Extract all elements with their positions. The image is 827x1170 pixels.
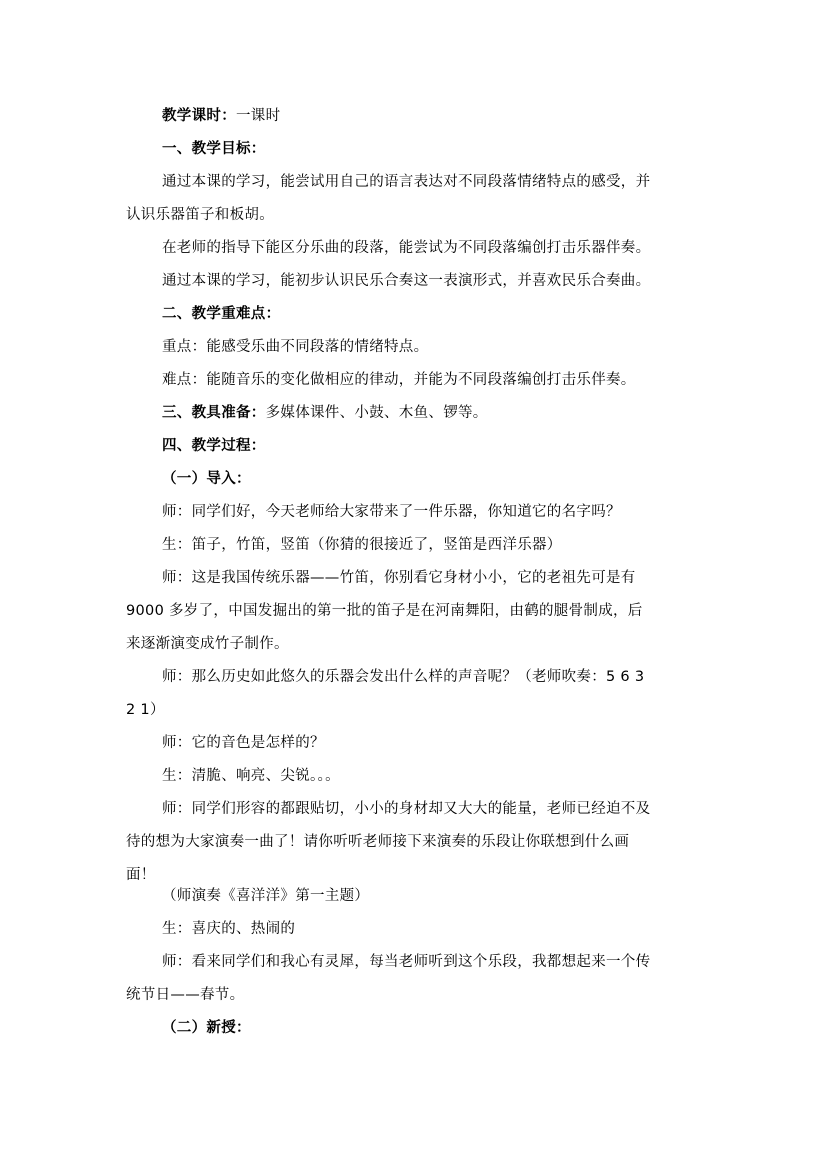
document-line: 师：看来同学们和我心有灵犀，每当老师听到这个乐段，我都想起来一个传 [162,952,650,972]
heading-label: （一）导入： [162,471,251,487]
heading-label: 二、教学重难点： [162,306,280,322]
line-text: 9000 多岁了，中国发掘出的第一批的笛子是在河南舞阳，由鹤的腿骨制成，后 [126,603,643,619]
document-line: 认识乐器笛子和板胡。 [126,205,274,225]
line-text: 面！ [126,867,156,883]
line-text: 一课时 [236,108,280,124]
document-line: 重点：能感受乐曲不同段落的情绪特点。 [162,337,428,357]
document-line: 教学课时：一课时 [162,106,280,126]
document-line: 来逐渐演变成竹子制作。 [126,634,289,654]
document-line: 待的想为大家演奏一曲了！请你听听老师接下来演奏的乐段让你联想到什么画 [126,832,629,852]
document-line: 在老师的指导下能区分乐曲的段落，能尝试为不同段落编创打击乐器伴奏。 [162,238,650,258]
line-text: 师：同学们形容的都跟贴切，小小的身材却又大大的能量，老师已经迫不及 [162,801,650,817]
line-text: 师：它的音色是怎样的？ [162,735,325,751]
document-line: （师演奏《喜洋洋》第一主题） [162,886,369,906]
line-text: 师：看来同学们和我心有灵犀，每当老师听到这个乐段，我都想起来一个传 [162,954,650,970]
document-line: 统节日——春节。 [126,985,244,1005]
line-text: 重点：能感受乐曲不同段落的情绪特点。 [162,339,428,355]
heading-label: 一、教学目标： [162,141,266,157]
line-text: 2 1） [126,702,165,718]
line-text: 在老师的指导下能区分乐曲的段落，能尝试为不同段落编创打击乐器伴奏。 [162,240,650,256]
document-line: 一、教学目标： [162,139,266,159]
line-text: 待的想为大家演奏一曲了！请你听听老师接下来演奏的乐段让你联想到什么画 [126,834,629,850]
document-line: 二、教学重难点： [162,304,280,324]
document-line: 2 1） [126,700,165,720]
line-text: 师：同学们好，今天老师给大家带来了一件乐器，你知道它的名字吗？ [162,504,621,520]
document-line: 四、教学过程： [162,436,266,456]
document-line: 通过本课的学习，能尝试用自己的语言表达对不同段落情绪特点的感受，并 [162,172,650,192]
line-text: 生：喜庆的、热闹的 [162,921,295,937]
document-line: 三、教具准备：多媒体课件、小鼓、木鱼、锣等。 [162,403,488,423]
document-line: 师：同学们形容的都跟贴切，小小的身材却又大大的能量，老师已经迫不及 [162,799,650,819]
document-line: 师：同学们好，今天老师给大家带来了一件乐器，你知道它的名字吗？ [162,502,621,522]
line-text: 生：清脆、响亮、尖锐。。。 [162,768,340,784]
document-line: 师：这是我国传统乐器——竹笛，你别看它身材小小，它的老祖先可是有 [162,568,636,588]
line-text: 认识乐器笛子和板胡。 [126,207,274,223]
line-text: 来逐渐演变成竹子制作。 [126,636,289,652]
line-text: 生：笛子，竹笛，竖笛（你猜的很接近了，竖笛是西洋乐器） [162,537,562,553]
line-text: 难点：能随音乐的变化做相应的律动，并能为不同段落编创打击乐伴奏。 [162,372,636,388]
line-text: 师：这是我国传统乐器——竹笛，你别看它身材小小，它的老祖先可是有 [162,570,636,586]
heading-label: 教学课时： [162,108,236,124]
heading-label: 三、教具准备： [162,405,266,421]
line-text: 通过本课的学习，能尝试用自己的语言表达对不同段落情绪特点的感受，并 [162,174,650,190]
document-line: （一）导入： [162,469,251,489]
line-text: 统节日——春节。 [126,987,244,1003]
document-line: 9000 多岁了，中国发掘出的第一批的笛子是在河南舞阳，由鹤的腿骨制成，后 [126,601,643,621]
line-text: 通过本课的学习，能初步认识民乐合奏这一表演形式，并喜欢民乐合奏曲。 [162,273,650,289]
line-text: （师演奏《喜洋洋》第一主题） [162,888,369,904]
line-text: 师：那么历史如此悠久的乐器会发出什么样的声音呢？（老师吹奏：5 6 3 [162,669,644,685]
document-line: 难点：能随音乐的变化做相应的律动，并能为不同段落编创打击乐伴奏。 [162,370,636,390]
heading-label: 四、教学过程： [162,438,266,454]
document-line: 生：清脆、响亮、尖锐。。。 [162,766,340,786]
document-line: 通过本课的学习，能初步认识民乐合奏这一表演形式，并喜欢民乐合奏曲。 [162,271,650,291]
document-line: 生：笛子，竹笛，竖笛（你猜的很接近了，竖笛是西洋乐器） [162,535,562,555]
document-line: 师：那么历史如此悠久的乐器会发出什么样的声音呢？（老师吹奏：5 6 3 [162,667,644,687]
document-line: （二）新授： [162,1018,251,1038]
line-text: 多媒体课件、小鼓、木鱼、锣等。 [266,405,488,421]
heading-label: （二）新授： [162,1020,251,1036]
document-line: 面！ [126,865,156,885]
document-line: 师：它的音色是怎样的？ [162,733,325,753]
document-line: 生：喜庆的、热闹的 [162,919,295,939]
